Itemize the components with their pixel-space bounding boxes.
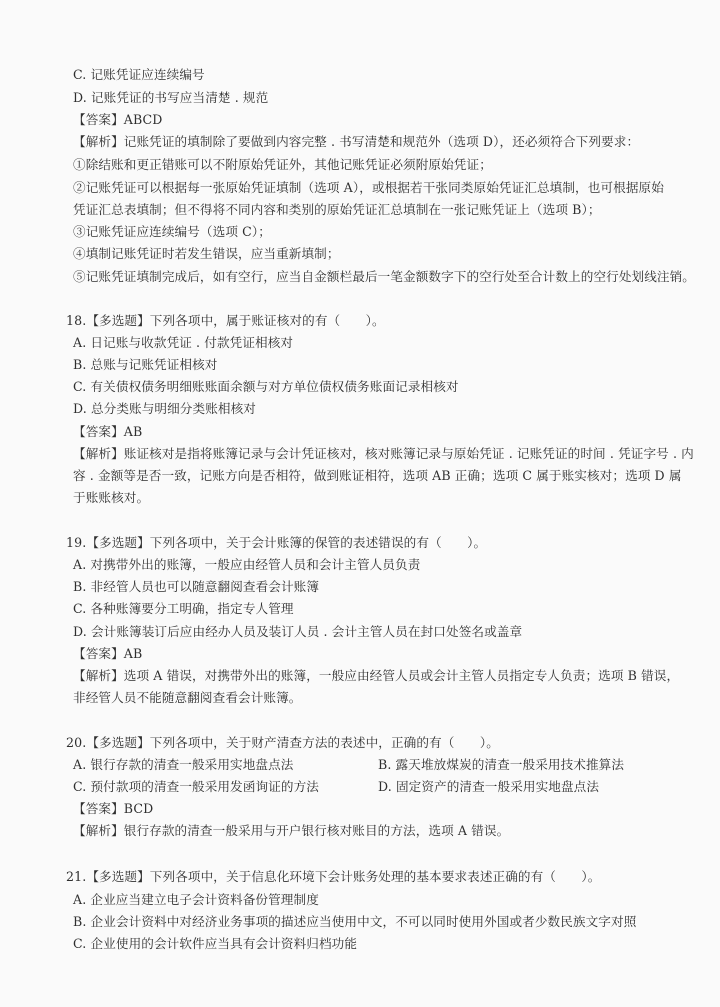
option-d: D. 记账凭证的书写应当清楚 . 规范 xyxy=(73,88,268,108)
answer: 【答案】BCD xyxy=(73,799,153,819)
option-b: B. 露天堆放煤炭的清查一般采用技术推算法 xyxy=(378,755,624,775)
option-a: A. 企业应当建立电子会计资料备份管理制度 xyxy=(73,890,319,910)
option-d: D. 固定资产的清查一般采用实地盘点法 xyxy=(378,777,599,797)
question-stem: 19.【多选题】下列各项中，关于会计账簿的保管的表述错误的有（ ）。 xyxy=(66,533,486,553)
option-c: C. 预付款项的清查一般采用发函询证的方法 xyxy=(73,777,319,797)
document-page: C. 记账凭证应连续编号 D. 记账凭证的书写应当清楚 . 规范 【答案】ABC… xyxy=(0,0,720,1007)
analysis-line: 非经管人员不能随意翻阅查看会计账簿。 xyxy=(73,688,302,708)
analysis-line: ⑤记账凭证填制完成后，如有空行，应当自金额栏最后一笔金额数字下的空行处至合计数上… xyxy=(73,267,695,287)
analysis-line: 于账账核对。 xyxy=(73,488,149,508)
analysis-line: ③记账凭证应连续编号（选项 C）； xyxy=(73,222,271,242)
question-stem: 18.【多选题】下列各项中，属于账证核对的有（ ）。 xyxy=(66,311,385,331)
analysis-line: 凭证汇总表填制；但不得将不同内容和类别的原始凭证汇总填制在一张记账凭证上（选项 … xyxy=(73,200,601,220)
question-stem: 20.【多选题】下列各项中，关于财产清查方法的表述中，正确的有（ ）。 xyxy=(66,733,499,753)
option-c: C. 各种账簿要分工明确，指定专人管理 xyxy=(73,599,294,619)
option-b: B. 企业会计资料中对经济业务事项的描述应当使用中文，不可以同时使用外国或者少数… xyxy=(73,912,636,932)
question-stem: 21.【多选题】下列各项中，关于信息化环境下会计账务处理的基本要求表述正确的有（… xyxy=(66,867,600,887)
answer: 【答案】AB xyxy=(73,644,142,664)
analysis-line: 容 . 金额等是否一致，记账方向是否相符，做到账证相符，选项 AB 正确；选项 … xyxy=(73,466,682,486)
option-d: D. 总分类账与明细分类账相核对 xyxy=(73,399,256,419)
option-d: D. 会计账簿装订后应由经办人员及装订人员 . 会计主管人员在封口处签名或盖章 xyxy=(73,622,522,642)
option-c: C. 记账凭证应连续编号 xyxy=(73,65,205,85)
analysis-line: 【解析】记账凭证的填制除了要做到内容完整 . 书写清楚和规范外（选项 D），还必… xyxy=(73,132,639,152)
answer: 【答案】AB xyxy=(73,422,142,442)
analysis-line: 【解析】账证核对是指将账簿记录与会计凭证核对，核对账簿记录与原始凭证 . 记账凭… xyxy=(73,444,694,464)
analysis-line: 【解析】银行存款的清查一般采用与开户银行核对账目的方法，选项 A 错误。 xyxy=(73,821,509,841)
option-a: A. 日记账与收款凭证 . 付款凭证相核对 xyxy=(73,333,293,353)
analysis-line: ②记账凭证可以根据每一张原始凭证填制（选项 A），或根据若干张同类原始凭证汇总填… xyxy=(73,178,664,198)
option-a: A. 银行存款的清查一般采用实地盘点法 xyxy=(73,755,294,775)
option-b: B. 非经管人员也可以随意翻阅查看会计账簿 xyxy=(73,577,319,597)
analysis-line: 【解析】选项 A 错误，对携带外出的账簿，一般应由经管人员或会计主管人员指定专人… xyxy=(73,666,679,686)
option-c: C. 企业使用的会计软件应当具有会计资料归档功能 xyxy=(73,934,357,954)
option-b: B. 总账与记账凭证相核对 xyxy=(73,355,218,375)
analysis-line: ④填制记账凭证时若发生错误，应当重新填制； xyxy=(73,244,340,264)
analysis-line: ①除结账和更正错账可以不附原始凭证外，其他记账凭证必须附原始凭证； xyxy=(73,155,492,175)
answer: 【答案】ABCD xyxy=(73,110,163,130)
option-c: C. 有关债权债务明细账账面余额与对方单位债权债务账面记录相核对 xyxy=(73,377,459,397)
option-a: A. 对携带外出的账簿，一般应由经管人员和会计主管人员负责 xyxy=(73,555,420,575)
